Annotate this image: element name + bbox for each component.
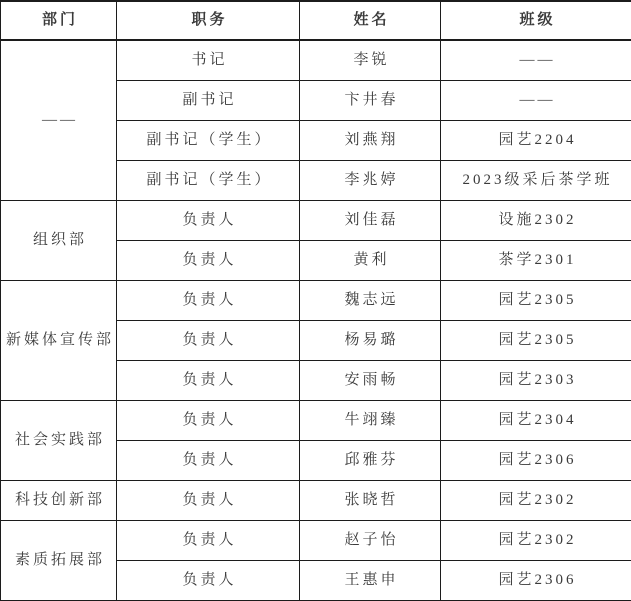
cell-department: —— <box>1 40 117 201</box>
header-name: 姓名 <box>300 1 441 40</box>
cell-name: 邱雅芬 <box>300 441 441 481</box>
cell-name: 安雨畅 <box>300 361 441 401</box>
org-roster-table: 部门 职务 姓名 班级 ——书记李锐——副书记卞井春——副书记（学生）刘燕翔园艺… <box>0 0 631 601</box>
cell-department: 素质拓展部 <box>1 521 117 601</box>
header-class: 班级 <box>441 1 631 40</box>
cell-class: 园艺2204 <box>441 121 631 161</box>
table-row: 素质拓展部负责人赵子怡园艺2302 <box>1 521 631 561</box>
cell-department: 科技创新部 <box>1 481 117 521</box>
cell-position: 负责人 <box>117 241 300 281</box>
cell-name: 赵子怡 <box>300 521 441 561</box>
cell-name: 张晓哲 <box>300 481 441 521</box>
cell-name: 刘佳磊 <box>300 201 441 241</box>
cell-name: 李锐 <box>300 40 441 81</box>
cell-name: 杨易璐 <box>300 321 441 361</box>
cell-class: 园艺2305 <box>441 321 631 361</box>
header-position: 职务 <box>117 1 300 40</box>
document-page: 部门 职务 姓名 班级 ——书记李锐——副书记卞井春——副书记（学生）刘燕翔园艺… <box>0 0 631 601</box>
cell-class: 园艺2303 <box>441 361 631 401</box>
cell-department: 新媒体宣传部 <box>1 281 117 401</box>
cell-class: 园艺2306 <box>441 561 631 601</box>
cell-position: 副书记（学生） <box>117 161 300 201</box>
cell-class: —— <box>441 40 631 81</box>
table-row: ——书记李锐—— <box>1 40 631 81</box>
cell-name: 黄利 <box>300 241 441 281</box>
cell-position: 负责人 <box>117 561 300 601</box>
cell-department: 社会实践部 <box>1 401 117 481</box>
cell-position: 副书记 <box>117 81 300 121</box>
cell-position: 负责人 <box>117 401 300 441</box>
cell-position: 负责人 <box>117 321 300 361</box>
cell-position: 负责人 <box>117 521 300 561</box>
cell-position: 负责人 <box>117 441 300 481</box>
cell-class: 园艺2305 <box>441 281 631 321</box>
cell-position: 副书记（学生） <box>117 121 300 161</box>
cell-class: 2023级采后茶学班 <box>441 161 631 201</box>
cell-name: 李兆婷 <box>300 161 441 201</box>
cell-name: 魏志远 <box>300 281 441 321</box>
table-header: 部门 职务 姓名 班级 <box>1 1 631 40</box>
cell-class: 茶学2301 <box>441 241 631 281</box>
cell-position: 负责人 <box>117 481 300 521</box>
cell-name: 牛翊臻 <box>300 401 441 441</box>
table-row: 组织部负责人刘佳磊设施2302 <box>1 201 631 241</box>
cell-class: 园艺2302 <box>441 481 631 521</box>
cell-department: 组织部 <box>1 201 117 281</box>
cell-name: 王惠申 <box>300 561 441 601</box>
cell-name: 卞井春 <box>300 81 441 121</box>
cell-class: —— <box>441 81 631 121</box>
cell-position: 负责人 <box>117 281 300 321</box>
table-row: 科技创新部负责人张晓哲园艺2302 <box>1 481 631 521</box>
cell-position: 负责人 <box>117 201 300 241</box>
cell-class: 园艺2304 <box>441 401 631 441</box>
cell-class: 园艺2302 <box>441 521 631 561</box>
table-row: 社会实践部负责人牛翊臻园艺2304 <box>1 401 631 441</box>
table-row: 新媒体宣传部负责人魏志远园艺2305 <box>1 281 631 321</box>
cell-class: 园艺2306 <box>441 441 631 481</box>
cell-class: 设施2302 <box>441 201 631 241</box>
table-body: ——书记李锐——副书记卞井春——副书记（学生）刘燕翔园艺2204副书记（学生）李… <box>1 40 631 601</box>
cell-position: 书记 <box>117 40 300 81</box>
cell-position: 负责人 <box>117 361 300 401</box>
cell-name: 刘燕翔 <box>300 121 441 161</box>
header-row: 部门 职务 姓名 班级 <box>1 1 631 40</box>
header-department: 部门 <box>1 1 117 40</box>
